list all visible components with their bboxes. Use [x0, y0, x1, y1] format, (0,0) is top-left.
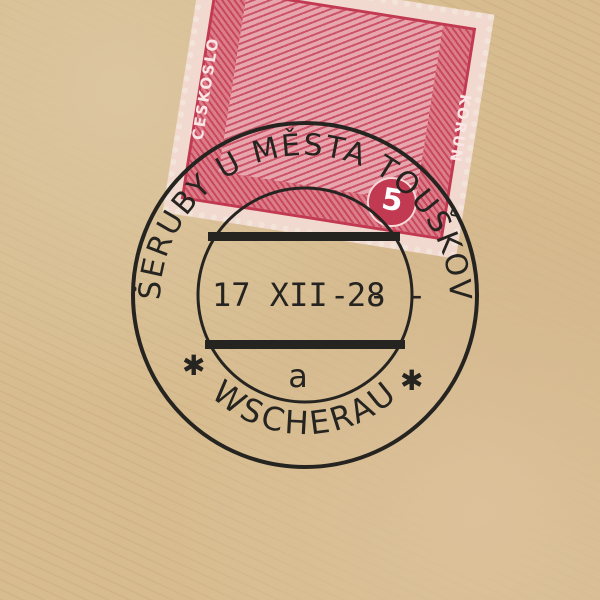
- postmark-counter-letter: a: [288, 357, 308, 395]
- star-right-icon: ✱: [400, 364, 423, 397]
- postmark-time: - - -: [330, 276, 426, 314]
- postmark-cancel: VŠERUBY U MĚSTA TOUŠKOVA WSCHERAU ✱ ✱ 17…: [0, 0, 600, 600]
- postmark-bar-top: [208, 232, 400, 241]
- star-left-icon: ✱: [182, 349, 205, 382]
- postmark-bar-bottom: [205, 340, 405, 349]
